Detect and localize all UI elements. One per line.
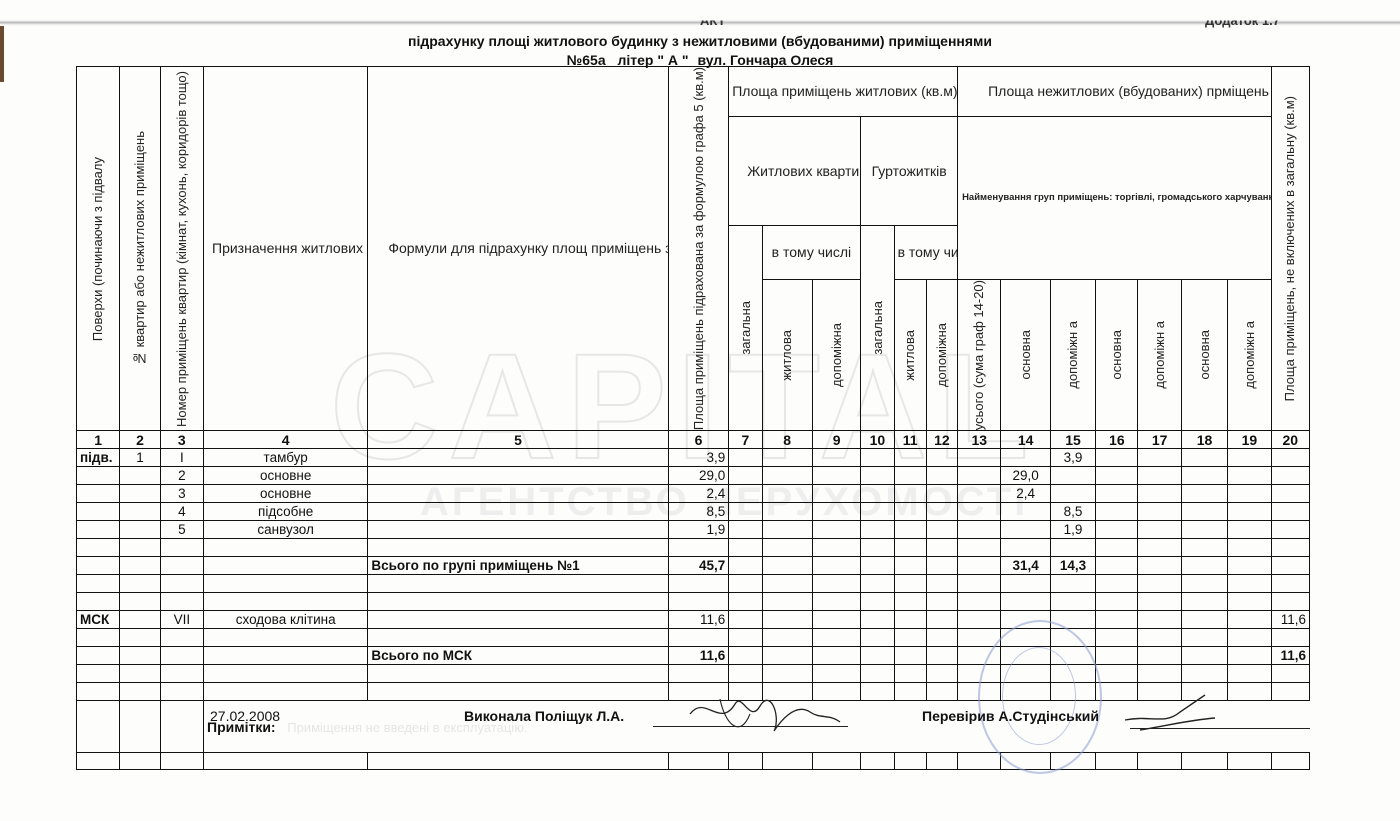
- cell-c20: [1271, 665, 1309, 683]
- cell-c11: [894, 753, 926, 770]
- cell-c1: [77, 665, 120, 683]
- cell-c19: [1228, 539, 1271, 557]
- header-nonresidential-area: Площа нежитлових (вбудованих) прміщень (…: [958, 67, 1272, 117]
- cell-c14: 31,4: [1001, 557, 1050, 575]
- cell-c16: [1096, 647, 1138, 665]
- cell-c6: 1,9: [668, 521, 728, 539]
- cell-c11: [894, 503, 926, 521]
- cell-c19: [1228, 683, 1271, 701]
- cell-c16: [1096, 629, 1138, 647]
- cell-c10: [861, 539, 894, 557]
- cell-c14: [1001, 521, 1050, 539]
- column-number: 12: [926, 431, 957, 449]
- cell-c11: [894, 575, 926, 593]
- cell-c8: [762, 629, 812, 647]
- column-number: 15: [1050, 431, 1095, 449]
- cell-c18: [1181, 665, 1227, 683]
- cell-c20: [1271, 539, 1309, 557]
- cell-c8: [762, 665, 812, 683]
- column-number: 6: [668, 431, 728, 449]
- cell-c5: [368, 467, 668, 485]
- cell-c13: [958, 557, 1001, 575]
- cell-c8: [762, 575, 812, 593]
- column-number: 19: [1228, 431, 1271, 449]
- cell-c13: [958, 503, 1001, 521]
- cell-c5: [368, 611, 668, 629]
- table-row: 4підсобне8,58,5: [77, 503, 1310, 521]
- cell-c5: [368, 521, 668, 539]
- cell-c18: [1181, 557, 1227, 575]
- cell-c17: [1138, 753, 1181, 770]
- cell-c6: 29,0: [668, 467, 728, 485]
- column-number: 3: [160, 431, 203, 449]
- cell-c13: [958, 521, 1001, 539]
- cell-c8: [762, 593, 812, 611]
- header-dormitories-auxiliary: допоміжна: [926, 279, 957, 430]
- cell-c2: [120, 467, 160, 485]
- cell-c15: [1050, 575, 1095, 593]
- cell-c7: [729, 485, 762, 503]
- cell-c11: [894, 449, 926, 467]
- cell-c17: [1138, 467, 1181, 485]
- cell-c3: 2: [160, 467, 203, 485]
- cell-c10: [861, 593, 894, 611]
- table-row: Всього по МСК11,611,6: [77, 647, 1310, 665]
- cell-c18: [1181, 449, 1227, 467]
- cell-c17: [1138, 593, 1181, 611]
- cell-c16: [1096, 575, 1138, 593]
- table-row: підв.1Iтамбур3,93,9: [77, 449, 1310, 467]
- cell-c19: [1228, 753, 1271, 770]
- cell-c15: 3,9: [1050, 449, 1095, 467]
- cell-c17: [1138, 665, 1181, 683]
- cell-c13: [958, 611, 1001, 629]
- cell-c14: [1001, 503, 1050, 521]
- table-row: [77, 629, 1310, 647]
- header-apartments-living: житлова: [762, 279, 812, 430]
- header-formulas: Формули для підрахунку площ приміщень за…: [368, 67, 668, 431]
- cell-c1: [77, 629, 120, 647]
- cell-c2: [120, 557, 160, 575]
- cell-c7: [729, 753, 762, 770]
- cell-c12: [926, 467, 957, 485]
- cell-c4: сходова клітина: [204, 611, 368, 629]
- cell-c11: [894, 539, 926, 557]
- cell-c3: [160, 557, 203, 575]
- cell-c12: [926, 485, 957, 503]
- cell-c8: [762, 521, 812, 539]
- header-nonresidential-total: усього (сума граф 14-20): [958, 279, 1001, 430]
- cell-c2: [120, 521, 160, 539]
- cell-c6: 2,4: [668, 485, 728, 503]
- cell-c15: [1050, 467, 1095, 485]
- cell-c6: [668, 629, 728, 647]
- cell-c16: [1096, 557, 1138, 575]
- cell-c3: [160, 665, 203, 683]
- cell-c15: 1,9: [1050, 521, 1095, 539]
- cell-c4: [204, 683, 368, 701]
- cell-c20: [1271, 467, 1309, 485]
- header-apartments-auxiliary: допоміжна: [812, 279, 860, 430]
- signature-performer: [680, 684, 850, 744]
- cell-c20: [1271, 575, 1309, 593]
- cell-c7: [729, 557, 762, 575]
- cell-c19: [1228, 521, 1271, 539]
- cell-c11: [894, 611, 926, 629]
- header-group2-main: основна: [1096, 279, 1138, 430]
- cell-c3: [160, 647, 203, 665]
- table-row: [77, 665, 1310, 683]
- clipped-heading: АКТ: [700, 13, 726, 28]
- cell-c4: [204, 593, 368, 611]
- cell-c16: [1096, 467, 1138, 485]
- cell-c10: [861, 665, 894, 683]
- cell-c16: [1096, 539, 1138, 557]
- cell-c5: [368, 575, 668, 593]
- cell-c5: Всього по МСК: [368, 647, 668, 665]
- cell-c2: [120, 629, 160, 647]
- cell-c11: [894, 665, 926, 683]
- cell-c20: [1271, 485, 1309, 503]
- cell-c2: [120, 683, 160, 701]
- cell-c14: 2,4: [1001, 485, 1050, 503]
- cell-c12: [926, 647, 957, 665]
- cell-c10: [861, 611, 894, 629]
- cell-c19: [1228, 503, 1271, 521]
- cell-c6: [668, 593, 728, 611]
- cell-c11: [894, 629, 926, 647]
- cell-c19: [1228, 593, 1271, 611]
- cell-c6: 8,5: [668, 503, 728, 521]
- cell-c3: VII: [160, 611, 203, 629]
- cell-c16: [1096, 521, 1138, 539]
- cell-c20: [1271, 683, 1309, 701]
- cell-c9: [812, 629, 860, 647]
- header-dormitories-living: житлова: [894, 279, 926, 430]
- header-calculated-area: Площа приміщень підрахована за формулою …: [668, 67, 728, 431]
- cell-c11: [894, 593, 926, 611]
- table-row: [77, 575, 1310, 593]
- cell-c19: [1228, 647, 1271, 665]
- header-group2-aux: допоміжн а: [1138, 279, 1181, 430]
- cell-c19: [1228, 449, 1271, 467]
- cell-c19: [1228, 557, 1271, 575]
- cell-c9: [812, 557, 860, 575]
- cell-c17: [1138, 557, 1181, 575]
- cell-c18: [1181, 611, 1227, 629]
- header-dormitories-including: в тому числі: [894, 225, 958, 279]
- column-number: 16: [1096, 431, 1138, 449]
- column-number: 10: [861, 431, 894, 449]
- header-apartments: Житлових квартир: [729, 117, 861, 226]
- cell-c4: підсобне: [204, 503, 368, 521]
- cell-c4: основне: [204, 467, 368, 485]
- cell-c7: [729, 611, 762, 629]
- cell-c16: [1096, 449, 1138, 467]
- cell-c10: [861, 647, 894, 665]
- cell-c19: [1228, 467, 1271, 485]
- cell-c20: [1271, 521, 1309, 539]
- cell-c9: [812, 467, 860, 485]
- cell-c6: [668, 575, 728, 593]
- cell-c9: [812, 485, 860, 503]
- cell-c1: [77, 557, 120, 575]
- cell-c3: I: [160, 449, 203, 467]
- cell-c17: [1138, 539, 1181, 557]
- column-number: 5: [368, 431, 668, 449]
- cell-c8: [762, 647, 812, 665]
- cell-c4: [204, 575, 368, 593]
- cell-c17: [1138, 629, 1181, 647]
- cell-c7: [729, 521, 762, 539]
- cell-c4: [204, 665, 368, 683]
- cell-c11: [894, 485, 926, 503]
- cell-c18: [1181, 629, 1227, 647]
- cell-c5: [368, 449, 668, 467]
- cell-c6: 11,6: [668, 647, 728, 665]
- cell-c4: санвузол: [204, 521, 368, 539]
- appendix-label: Додаток 1.7: [1205, 13, 1280, 28]
- cell-c9: [812, 647, 860, 665]
- cell-c4: [204, 557, 368, 575]
- cell-c6: 11,6: [668, 611, 728, 629]
- cell-c18: [1181, 575, 1227, 593]
- cell-c15: [1050, 539, 1095, 557]
- cell-c2: [120, 647, 160, 665]
- table-row: 2основне29,029,0: [77, 467, 1310, 485]
- table-row: [77, 753, 1310, 770]
- cell-c9: [812, 503, 860, 521]
- column-number: 13: [958, 431, 1001, 449]
- cell-c18: [1181, 753, 1227, 770]
- column-number: 2: [120, 431, 160, 449]
- cell-c16: [1096, 665, 1138, 683]
- footer-checked-by: Перевірив А.Студінський: [922, 708, 1099, 724]
- cell-c7: [729, 629, 762, 647]
- cell-c10: [861, 449, 894, 467]
- cell-c4: тамбур: [204, 449, 368, 467]
- column-number: 4: [204, 431, 368, 449]
- cell-c3: [160, 539, 203, 557]
- cell-c12: [926, 575, 957, 593]
- cell-c9: [812, 611, 860, 629]
- table-row: МСКVIIсходова клітина11,611,6: [77, 611, 1310, 629]
- cell-c8: [762, 503, 812, 521]
- cell-c5: [368, 539, 668, 557]
- cell-c9: [812, 521, 860, 539]
- cell-c18: [1181, 539, 1227, 557]
- cell-c2: [120, 611, 160, 629]
- cell-c20: [1271, 557, 1309, 575]
- cell-c14: [1001, 575, 1050, 593]
- cell-c3: [160, 593, 203, 611]
- column-number: 18: [1181, 431, 1227, 449]
- cell-c7: [729, 467, 762, 485]
- table-row: [77, 539, 1310, 557]
- cell-c14: [1001, 593, 1050, 611]
- cell-c17: [1138, 503, 1181, 521]
- cell-c4: [204, 539, 368, 557]
- signature-checker: [1120, 690, 1230, 740]
- cell-c18: [1181, 647, 1227, 665]
- cell-c8: [762, 539, 812, 557]
- header-floors: Поверхи (починаючи з підвалу: [77, 67, 120, 431]
- cell-c12: [926, 593, 957, 611]
- cell-c10: [861, 629, 894, 647]
- cell-c20: 11,6: [1271, 611, 1309, 629]
- cell-c17: [1138, 647, 1181, 665]
- header-residential-area: Площа приміщень житлових (кв.м): [729, 67, 958, 117]
- cell-c13: [958, 449, 1001, 467]
- cell-c19: [1228, 485, 1271, 503]
- cell-c1: [77, 593, 120, 611]
- cell-c14: [1001, 539, 1050, 557]
- cell-c12: [926, 753, 957, 770]
- cell-c5: [368, 753, 668, 770]
- cell-c3: 5: [160, 521, 203, 539]
- cell-c3: 3: [160, 485, 203, 503]
- cell-c4: [204, 647, 368, 665]
- cell-c18: [1181, 467, 1227, 485]
- cell-c16: [1096, 485, 1138, 503]
- cell-c5: Всього по групі приміщень №1: [368, 557, 668, 575]
- cell-c20: [1271, 753, 1309, 770]
- cell-c13: [958, 753, 1001, 770]
- cell-c2: [120, 753, 160, 770]
- cell-c7: [729, 503, 762, 521]
- header-group1-aux: допоміжн а: [1050, 279, 1095, 430]
- cell-c11: [894, 467, 926, 485]
- cell-c20: [1271, 629, 1309, 647]
- cell-c15: 8,5: [1050, 503, 1095, 521]
- cell-c9: [812, 665, 860, 683]
- header-apartments-including: в тому числі: [762, 225, 861, 279]
- cell-c11: [894, 647, 926, 665]
- cell-c18: [1181, 503, 1227, 521]
- cell-c7: [729, 575, 762, 593]
- cell-c6: [668, 753, 728, 770]
- cell-c19: [1228, 629, 1271, 647]
- cell-c2: [120, 485, 160, 503]
- cell-c3: [160, 629, 203, 647]
- cell-c13: [958, 593, 1001, 611]
- cell-c11: [894, 557, 926, 575]
- area-calculation-table: Поверхи (починаючи з підвалу № квартир а…: [76, 66, 1310, 770]
- cell-c3: [160, 575, 203, 593]
- cell-c19: [1228, 665, 1271, 683]
- document-title: підрахунку площі житлового будинку з неж…: [0, 33, 1400, 49]
- column-number: 17: [1138, 431, 1181, 449]
- cell-c10: [861, 753, 894, 770]
- cell-c16: [1096, 753, 1138, 770]
- cell-c1: [77, 503, 120, 521]
- cell-c6: 45,7: [668, 557, 728, 575]
- cell-c10: [861, 557, 894, 575]
- cell-c9: [812, 593, 860, 611]
- cell-c11: [894, 683, 926, 701]
- cell-c10: [861, 575, 894, 593]
- header-excluded-area: Площа приміщень, не включених в загальну…: [1271, 67, 1309, 431]
- cell-c6: [668, 539, 728, 557]
- cell-c8: [762, 557, 812, 575]
- cell-c12: [926, 557, 957, 575]
- cell-c2: [120, 593, 160, 611]
- cell-c20: [1271, 503, 1309, 521]
- cell-c12: [926, 521, 957, 539]
- cell-c2: [120, 503, 160, 521]
- cell-c8: [762, 753, 812, 770]
- table-row: 5санвузол1,91,9: [77, 521, 1310, 539]
- column-number: 1: [77, 431, 120, 449]
- cell-c13: [958, 467, 1001, 485]
- cell-c20: [1271, 449, 1309, 467]
- cell-c5: [368, 593, 668, 611]
- official-stamp: [978, 620, 1102, 774]
- cell-c18: [1181, 485, 1227, 503]
- cell-c1: [77, 467, 120, 485]
- header-room-number: Номер приміщень квартир (кімнат, кухонь,…: [160, 67, 203, 431]
- column-number: 8: [762, 431, 812, 449]
- cell-c10: [861, 503, 894, 521]
- table-row: Всього по групі приміщень №145,731,414,3: [77, 557, 1310, 575]
- cell-c2: [120, 575, 160, 593]
- header-dormitories: Гуртожитків: [861, 117, 958, 226]
- cell-c4: [204, 629, 368, 647]
- cell-c10: [861, 683, 894, 701]
- column-number: 9: [812, 431, 860, 449]
- cell-c13: [958, 539, 1001, 557]
- cell-c7: [729, 449, 762, 467]
- cell-c14: 29,0: [1001, 467, 1050, 485]
- cell-c5: [368, 683, 668, 701]
- cell-c3: 4: [160, 503, 203, 521]
- cell-c16: [1096, 611, 1138, 629]
- cell-c9: [812, 449, 860, 467]
- cell-c12: [926, 539, 957, 557]
- cell-c8: [762, 449, 812, 467]
- cell-c18: [1181, 593, 1227, 611]
- cell-c15: [1050, 485, 1095, 503]
- cell-c3: [160, 683, 203, 701]
- header-group3-main: основна: [1181, 279, 1227, 430]
- cell-c8: [762, 485, 812, 503]
- cell-c1: [77, 521, 120, 539]
- cell-c10: [861, 467, 894, 485]
- cell-c10: [861, 485, 894, 503]
- cell-c20: 11,6: [1271, 647, 1309, 665]
- cell-c1: підв.: [77, 449, 120, 467]
- cell-c7: [729, 647, 762, 665]
- cell-c13: [958, 575, 1001, 593]
- cell-c15: [1050, 593, 1095, 611]
- cell-c1: [77, 575, 120, 593]
- cell-c7: [729, 593, 762, 611]
- header-nonresidential-groups: Найменування груп приміщень: торгівлі, г…: [958, 117, 1272, 280]
- table-row: [77, 593, 1310, 611]
- cell-c12: [926, 611, 957, 629]
- cell-c14: [1001, 449, 1050, 467]
- cell-c6: 3,9: [668, 449, 728, 467]
- cell-c1: [77, 485, 120, 503]
- cell-c1: МСК: [77, 611, 120, 629]
- cell-c11: [894, 521, 926, 539]
- footer-date: 27.02.2008: [210, 708, 280, 724]
- header-room-purpose: Призначення житлових та нежитлових примі…: [204, 67, 368, 431]
- cell-c12: [926, 665, 957, 683]
- cell-c10: [861, 521, 894, 539]
- cell-c17: [1138, 611, 1181, 629]
- cell-c1: [77, 647, 120, 665]
